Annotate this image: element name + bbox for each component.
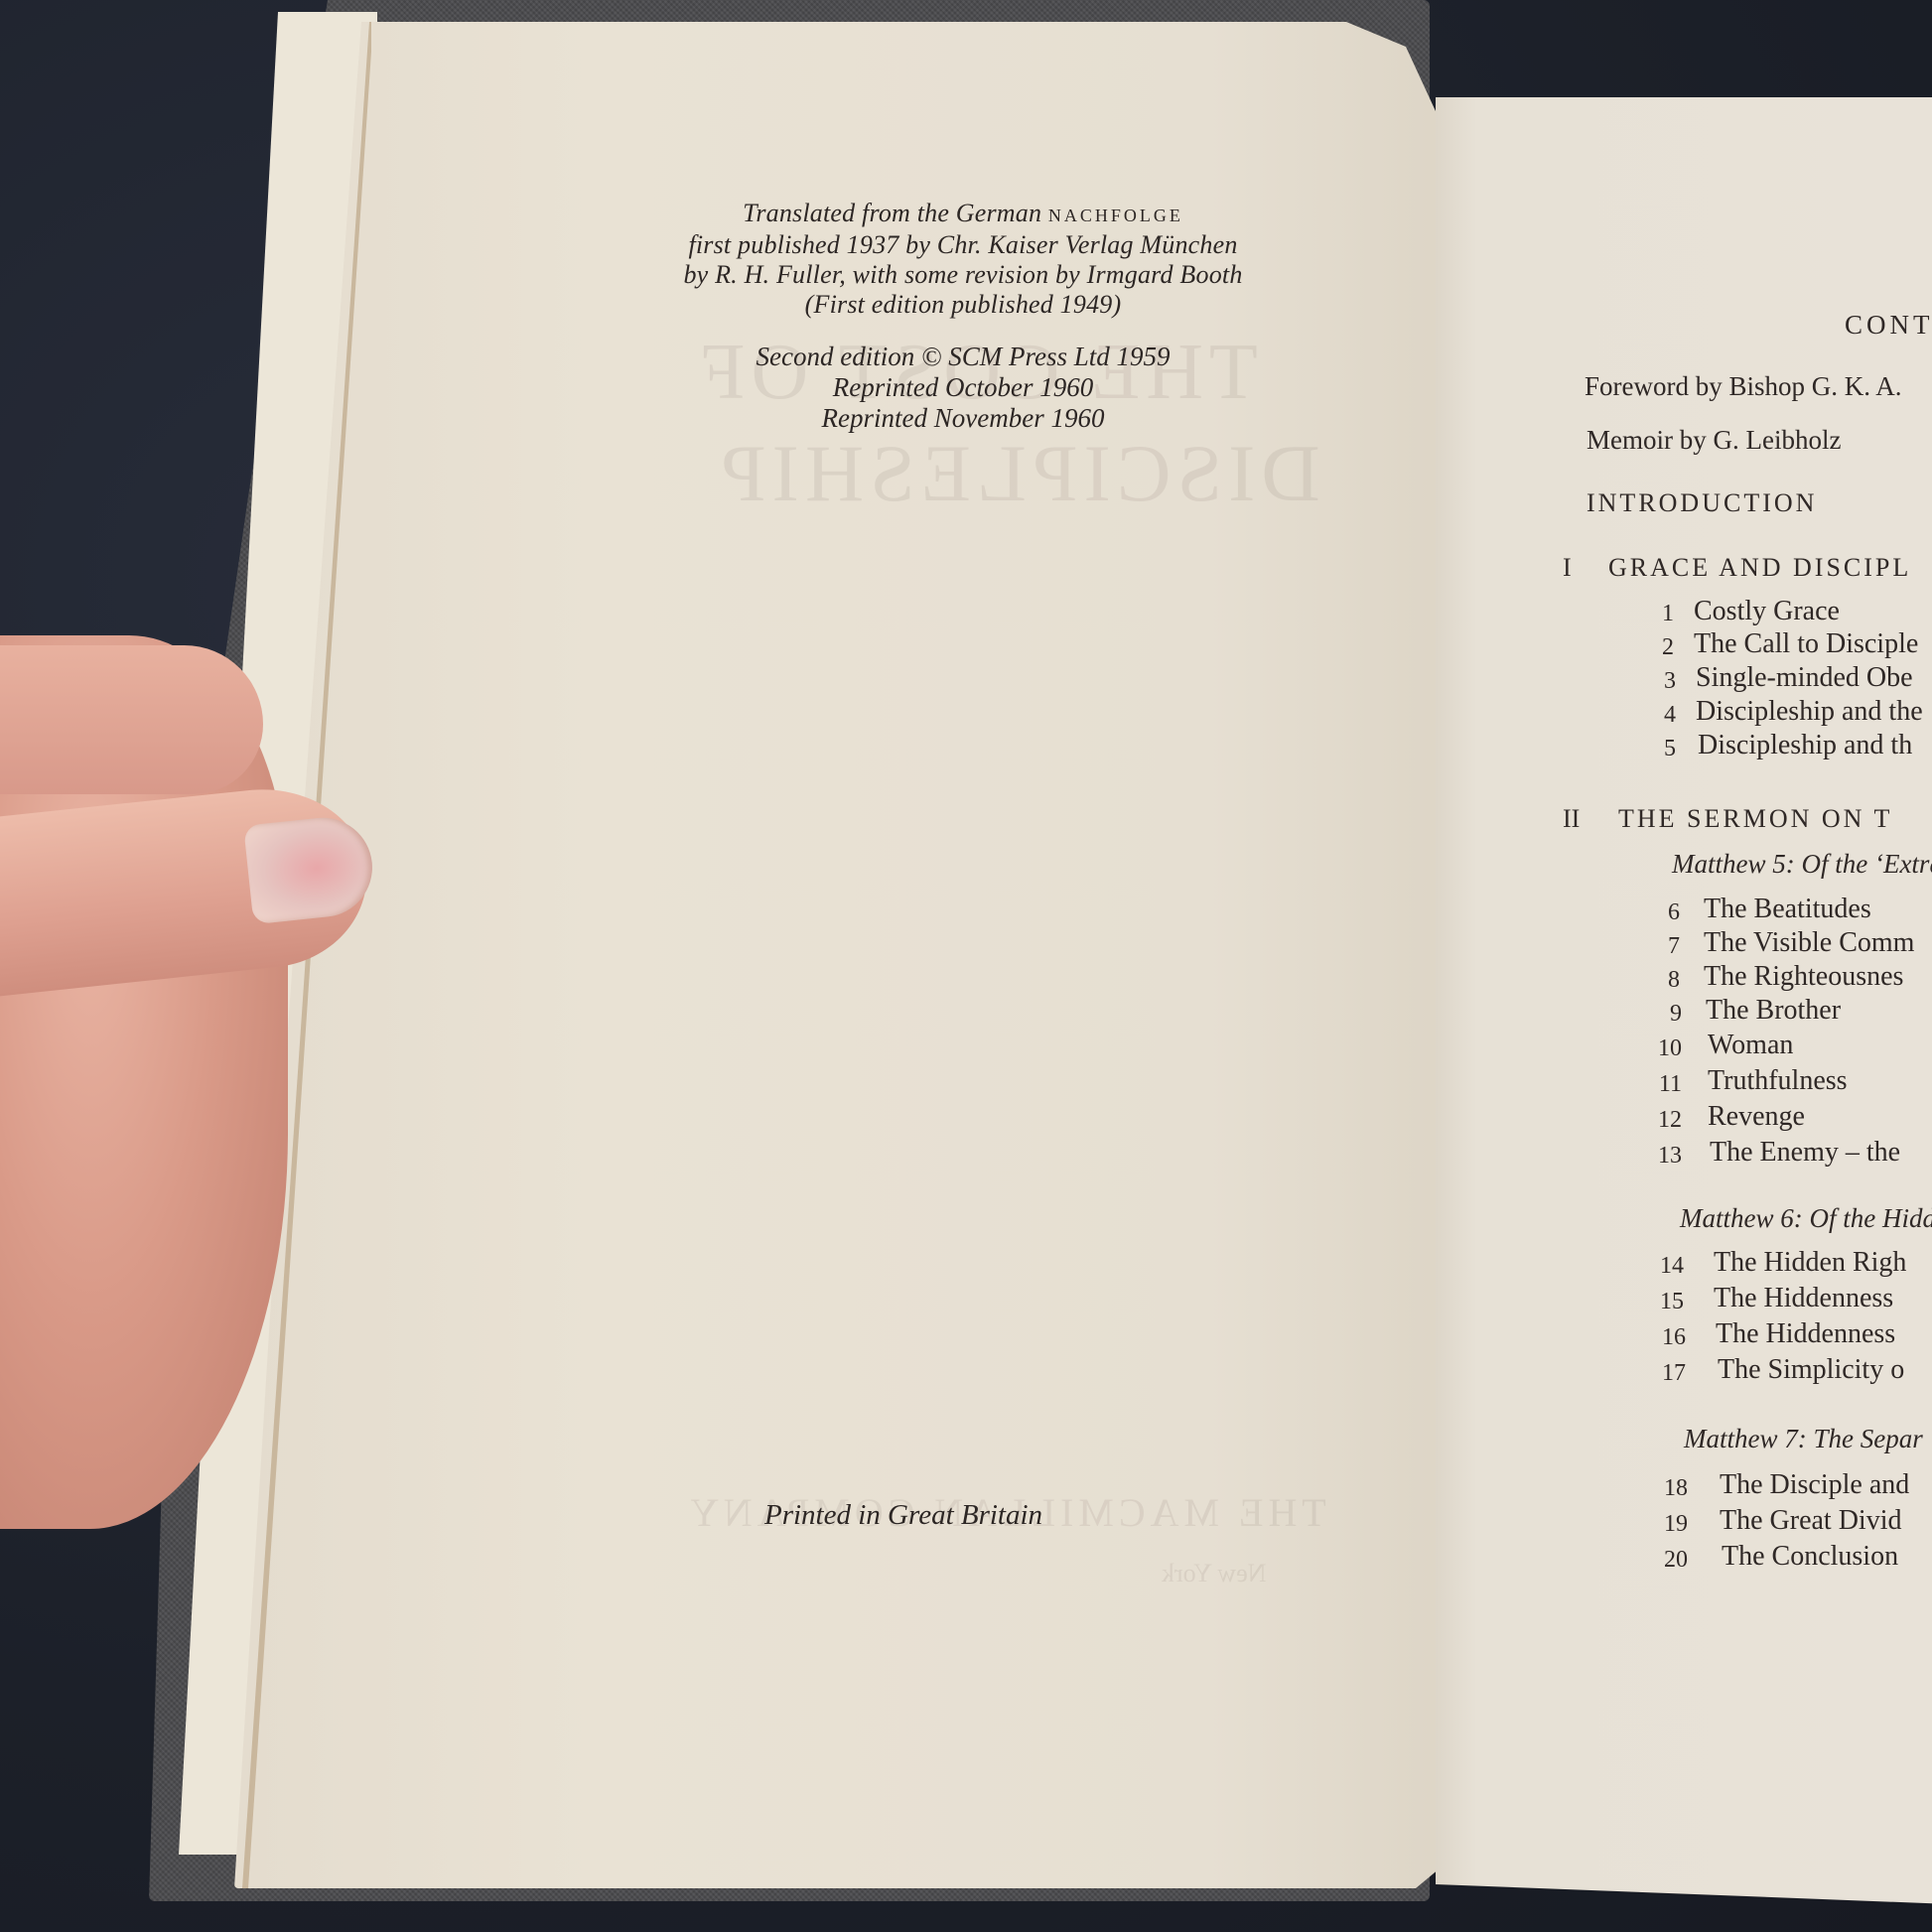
chapter-number: 3 <box>1640 668 1676 695</box>
edition-note: Second edition © SCM Press Ltd 1959 Repr… <box>616 342 1311 434</box>
chapter-title: Discipleship and the <box>1696 696 1923 728</box>
translation-line-2: first published 1937 by Chr. Kaiser Verl… <box>616 230 1311 260</box>
section-subtitle: Matthew 7: The Separ <box>1684 1424 1923 1454</box>
chapter-number: 4 <box>1640 702 1676 729</box>
chapter-title: Costly Grace <box>1694 596 1840 627</box>
chapter-title: The Righteousnes <box>1704 961 1903 993</box>
chapter-number: 19 <box>1652 1511 1688 1538</box>
chapter-title: The Brother <box>1706 995 1841 1027</box>
chapter-number: 16 <box>1650 1324 1686 1351</box>
printed-in-imprint: Printed in Great Britain <box>764 1499 1042 1532</box>
photo-scene: THE COST OF DISCIPLESHIP THE MACMILLAN C… <box>0 0 1932 1932</box>
chapter-number: 7 <box>1644 933 1680 960</box>
chapter-title: The Beatitudes <box>1704 894 1871 925</box>
edition-line-2: Reprinted October 1960 <box>616 372 1311 403</box>
toc-memoir: Memoir by G. Leibholz <box>1587 425 1841 456</box>
chapter-number: 9 <box>1646 1001 1682 1028</box>
chapter-title: The Enemy – the <box>1710 1137 1900 1169</box>
edition-line-1: Second edition © SCM Press Ltd 1959 <box>616 342 1311 372</box>
chapter-number: 15 <box>1648 1289 1684 1315</box>
toc-foreword: Foreword by Bishop G. K. A. <box>1585 371 1902 402</box>
chapter-title: Discipleship and th <box>1698 730 1912 761</box>
translation-note: Translated from the German NACHFOLGE fir… <box>616 199 1311 320</box>
chapter-number: 14 <box>1648 1253 1684 1280</box>
chapter-title: The Great Divid <box>1720 1505 1902 1537</box>
chapter-title: Revenge <box>1708 1101 1805 1133</box>
chapter-number: 5 <box>1640 736 1676 762</box>
translation-line-3: by R. H. Fuller, with some revision by I… <box>616 260 1311 290</box>
index-finger <box>0 645 263 794</box>
section-subtitle: Matthew 6: Of the Hidd <box>1680 1203 1932 1234</box>
chapter-number: 10 <box>1646 1035 1682 1062</box>
edition-line-3: Reprinted November 1960 <box>616 403 1311 434</box>
part-number: I <box>1563 553 1572 583</box>
chapter-title: The Hidden Righ <box>1714 1247 1906 1279</box>
translation-prefix: Translated from the German <box>743 199 1041 227</box>
toc-introduction: INTRODUCTION <box>1587 488 1817 518</box>
chapter-number: 8 <box>1644 967 1680 994</box>
translation-line-4: (First edition published 1949) <box>616 290 1311 320</box>
chapter-number: 6 <box>1644 899 1680 926</box>
chapter-number: 13 <box>1646 1143 1682 1170</box>
chapter-title: The Disciple and <box>1720 1469 1909 1501</box>
chapter-number: 20 <box>1652 1547 1688 1574</box>
chapter-number: 1 <box>1638 601 1674 627</box>
part-number: II <box>1563 804 1580 834</box>
chapter-title: Woman <box>1708 1030 1793 1061</box>
chapter-number: 18 <box>1652 1475 1688 1502</box>
chapter-title: The Simplicity o <box>1718 1354 1904 1386</box>
chapter-title: Single-minded Obe <box>1696 662 1913 694</box>
chapter-number: 12 <box>1646 1107 1682 1134</box>
right-page <box>1436 97 1932 1904</box>
original-title: NACHFOLGE <box>1048 206 1183 225</box>
section-subtitle: Matthew 5: Of the ‘Extra <box>1672 849 1932 880</box>
copyright-block: Translated from the German NACHFOLGE fir… <box>616 199 1311 434</box>
chapter-title: The Hiddenness <box>1716 1318 1895 1350</box>
chapter-title: The Hiddenness <box>1714 1283 1893 1314</box>
chapter-number: 11 <box>1646 1071 1682 1098</box>
translation-line-1: Translated from the German NACHFOLGE <box>616 199 1311 230</box>
chapter-title: The Call to Disciple <box>1694 628 1918 660</box>
chapter-title: The Conclusion <box>1722 1541 1898 1573</box>
part-title: THE SERMON ON T <box>1618 804 1892 834</box>
chapter-number: 2 <box>1638 634 1674 661</box>
chapter-number: 17 <box>1650 1360 1686 1387</box>
contents-heading: CONTENTS <box>1845 310 1932 341</box>
chapter-title: Truthfulness <box>1708 1065 1848 1097</box>
part-title: GRACE AND DISCIPL <box>1608 553 1911 583</box>
chapter-title: The Visible Comm <box>1704 927 1914 959</box>
